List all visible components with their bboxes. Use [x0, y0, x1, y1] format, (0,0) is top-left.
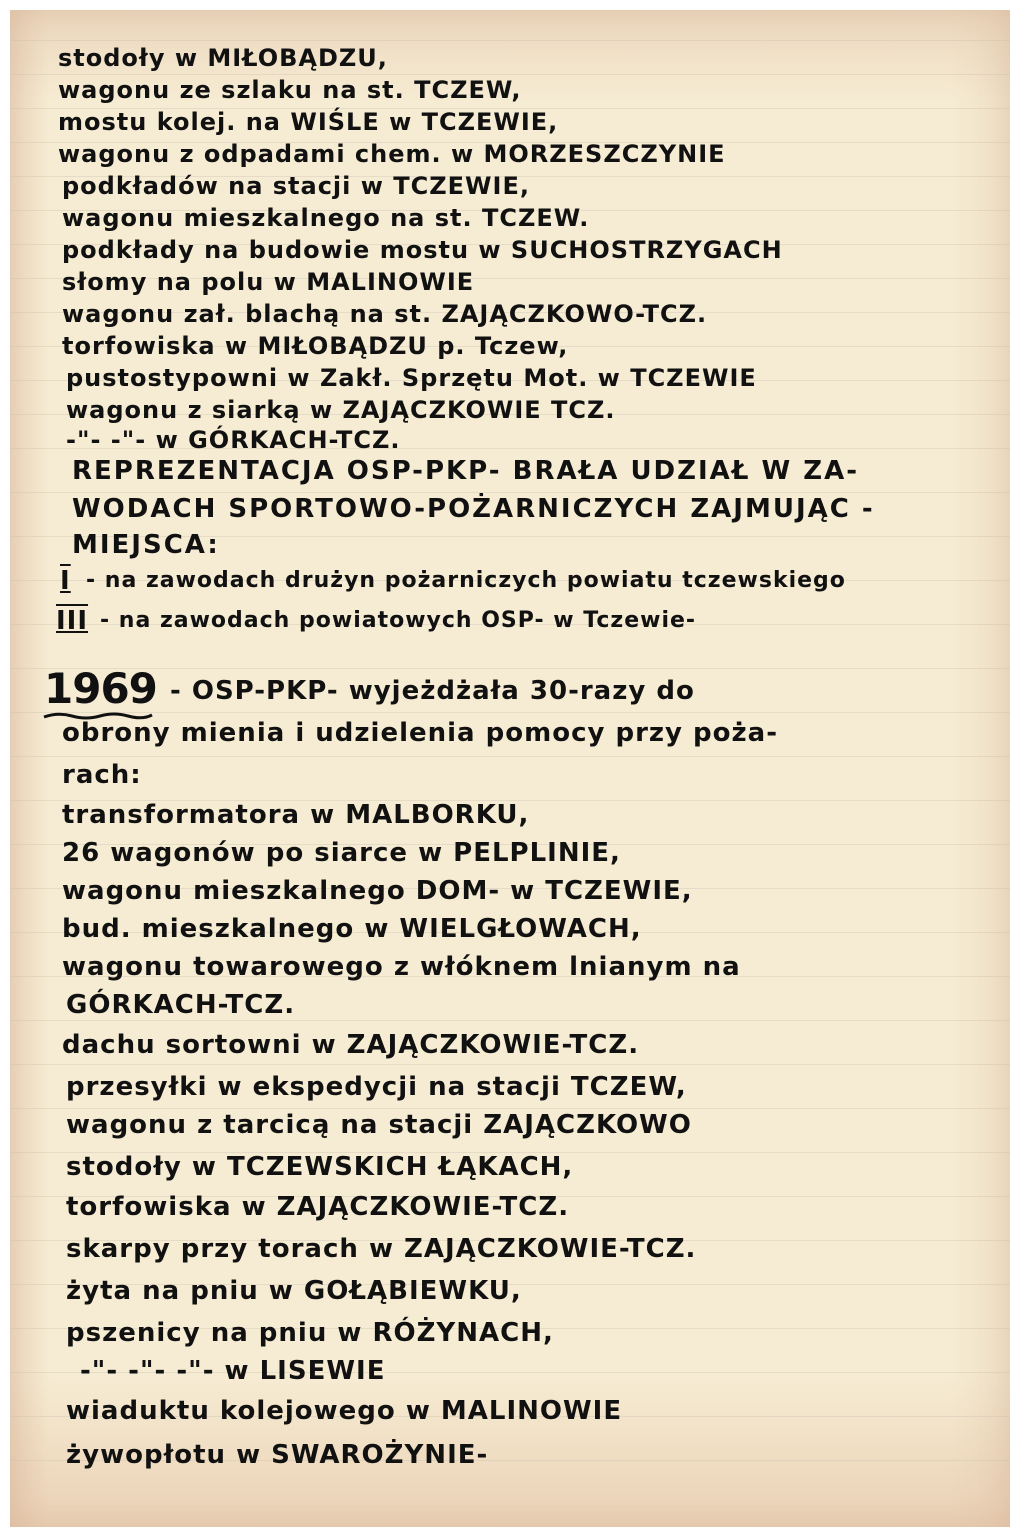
text-line: przesyłki w ekspedycji na stacji TCZEW,	[66, 1072, 687, 1102]
text-line: żyta na pniu w GOŁĄBIEWKU,	[66, 1276, 522, 1306]
text-line: torfowiska w MIŁOBĄDZU p. Tczew,	[62, 332, 568, 360]
text-line: podkładów na stacji w TCZEWIE,	[62, 172, 530, 200]
text-line: stodoły w TCZEWSKICH ŁĄKACH,	[66, 1152, 573, 1182]
text-line: pszenicy na pniu w RÓŻYNACH,	[66, 1318, 554, 1348]
text-line: słomy na polu w MALINOWIE	[62, 268, 474, 296]
representation-line: WODACH SPORTOWO-POŻARNICZYCH ZAJMUJĄC -	[72, 494, 875, 524]
text-line: dachu sortowni w ZAJĄCZKOWIE-TCZ.	[62, 1030, 639, 1060]
text-line: wagonu mieszkalnego na st. TCZEW.	[62, 204, 589, 232]
text-line: 26 wagonów po siarce w PELPLINIE,	[62, 838, 621, 868]
year-heading: 1969	[44, 664, 157, 713]
text-line: transformatora w MALBORKU,	[62, 800, 529, 830]
text-line: obrony mienia i udzielenia pomocy przy p…	[62, 718, 778, 748]
text-line: wagonu ze szlaku na st. TCZEW,	[58, 76, 522, 104]
text-line: wagonu zał. blachą na st. ZAJĄCZKOWO-TCZ…	[62, 300, 707, 328]
text-line: - OSP-PKP- wyjeżdżała 30-razy do	[170, 676, 695, 706]
place-rank: III	[56, 606, 88, 636]
text-line: bud. mieszkalnego w WIELGŁOWACH,	[62, 914, 642, 944]
text-line: -"- -"- -"- w LISEWIE	[80, 1356, 385, 1386]
text-line: wagonu z odpadami chem. w MORZESZCZYNIE	[58, 140, 726, 168]
handwritten-text: stodoły w MIŁOBĄDZU, wagonu ze szlaku na…	[0, 0, 1020, 1537]
place-text: - na zawodach drużyn pożarniczych powiat…	[86, 568, 846, 593]
text-line: stodoły w MIŁOBĄDZU,	[58, 44, 388, 72]
text-line: skarpy przy torach w ZAJĄCZKOWIE-TCZ.	[66, 1234, 696, 1264]
text-line: GÓRKACH-TCZ.	[66, 990, 295, 1020]
representation-line: REPREZENTACJA OSP-PKP- BRAŁA UDZIAŁ W ZA…	[72, 456, 859, 486]
text-line: wagonu z tarcicą na stacji ZAJĄCZKOWO	[66, 1110, 692, 1140]
text-line: mostu kolej. na WIŚLE w TCZEWIE,	[58, 108, 558, 136]
place-text: - na zawodach powiatowych OSP- w Tczewie…	[100, 608, 696, 633]
text-line: żywopłotu w SWAROŻYNIE-	[66, 1440, 488, 1470]
text-line: wagonu towarowego z włóknem lnianym na	[62, 952, 741, 982]
text-line: pustostypowni w Zakł. Sprzętu Mot. w TCZ…	[66, 364, 757, 392]
text-line: rach:	[62, 760, 142, 790]
text-line: wiaduktu kolejowego w MALINOWIE	[66, 1396, 622, 1426]
text-line: wagonu z siarką w ZAJĄCZKOWIE TCZ.	[66, 396, 616, 424]
text-line: -"- -"- w GÓRKACH-TCZ.	[66, 426, 400, 454]
place-rank: I	[60, 566, 71, 596]
representation-line: MIEJSCA:	[72, 530, 220, 560]
text-line: torfowiska w ZAJĄCZKOWIE-TCZ.	[66, 1192, 569, 1222]
text-line: wagonu mieszkalnego DOM- w TCZEWIE,	[62, 876, 693, 906]
text-line: podkłady na budowie mostu w SUCHOSTRZYGA…	[62, 236, 783, 264]
